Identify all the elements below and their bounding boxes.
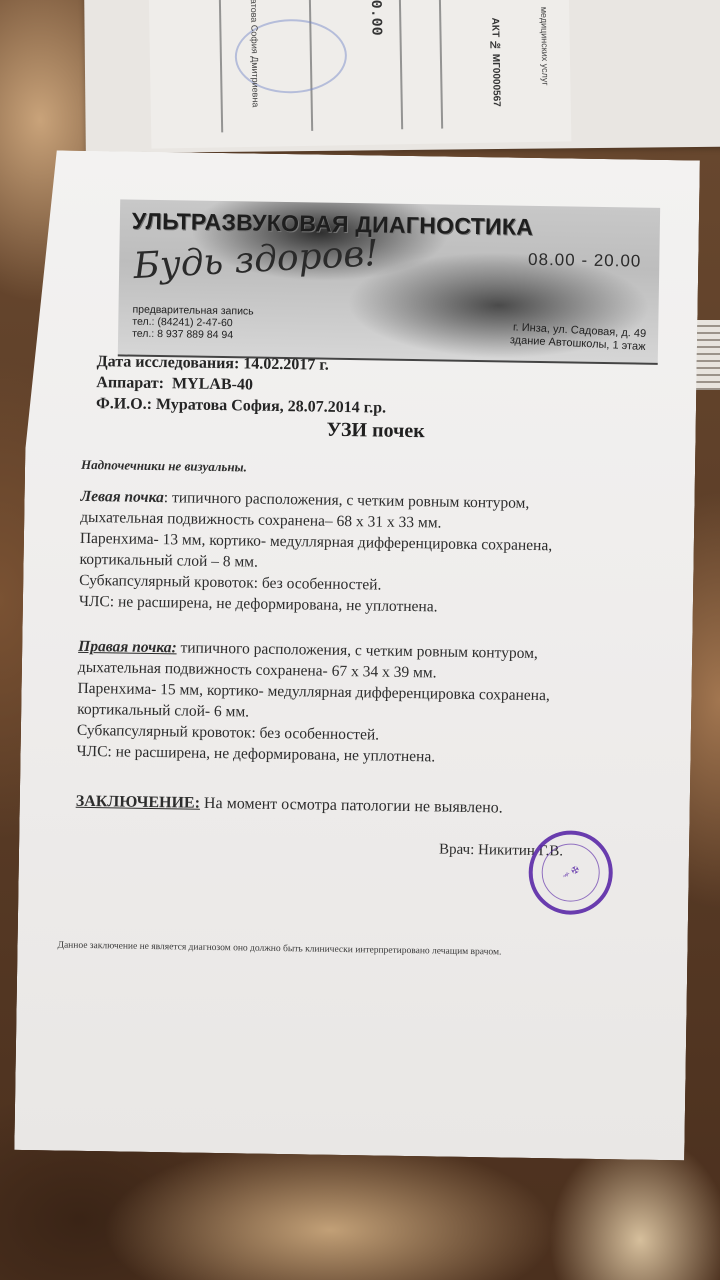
exam-device-label: Аппарат:: [96, 374, 164, 392]
receipt-rule: [219, 0, 224, 132]
disclaimer: Данное заключение не является диагнозом …: [57, 941, 657, 960]
patient-value: Муратова София, 28.07.2014 г.р.: [156, 396, 386, 417]
document-title: УЗИ почек: [255, 418, 495, 445]
receipt-fragment: медицинских услуг: [539, 7, 550, 86]
exam-date-value: 14.02.2017 г.: [243, 355, 329, 373]
receipt-paper: 030.00 Муратова София Дмитриевна медицин…: [149, 0, 572, 149]
paper-stack-edge: [695, 320, 720, 390]
receipt-rule: [399, 0, 404, 129]
receipt-fragment: Муратова София Дмитриевна: [249, 0, 261, 107]
banner-contacts: предварительная запись тел.: (84241) 2-4…: [132, 304, 254, 342]
receipt-act-number: АКТ № МГ0000567: [489, 18, 502, 107]
banner-hours: 08.00 - 20.00: [528, 250, 642, 272]
exam-date-label: Дата исследования:: [97, 353, 240, 372]
conclusion: ЗАКЛЮЧЕНИЕ: На момент осмотра патологии …: [76, 791, 636, 821]
adrenal-finding: Надпочечники не визуальны.: [81, 454, 641, 484]
receipt-amount: 030.00: [367, 0, 385, 36]
patient: Ф.И.О.: Муратова София, 28.07.2014 г.р.: [96, 393, 386, 419]
clinic-banner: УЛЬТРАЗВУКОВАЯ ДИАГНОСТИКА Будь здоров! …: [118, 199, 660, 364]
ultrasound-report-sheet: УЛЬТРАЗВУКОВАЯ ДИАГНОСТИКА Будь здоров! …: [14, 150, 700, 1160]
right-kidney-heading: Правая почка:: [78, 638, 177, 657]
contacts-phone-mobile: тел.: 8 937 889 84 94: [132, 328, 253, 342]
stamp-seal-mark: ✠⚕: [560, 864, 581, 880]
conclusion-label: ЗАКЛЮЧЕНИЕ:: [76, 793, 200, 812]
left-kidney-section: Левая почка: типичного расположения, с ч…: [79, 486, 641, 621]
right-kidney-section: Правая почка: типичного расположения, с …: [76, 636, 638, 771]
banner-title: УЛЬТРАЗВУКОВАЯ ДИАГНОСТИКА: [132, 208, 652, 243]
receipt-rule: [439, 0, 444, 129]
conclusion-text: На момент осмотра патологии не выявлено.: [200, 795, 503, 817]
doctor-stamp-icon: ✠⚕: [528, 830, 613, 915]
exam-meta: Дата исследования: 14.02.2017 г. Аппарат…: [96, 351, 387, 419]
exam-device-value: MYLAB-40: [172, 375, 253, 393]
left-kidney-heading: Левая почка: [80, 488, 164, 506]
banner-slogan: Будь здоров!: [132, 233, 379, 287]
patient-label: Ф.И.О.:: [96, 395, 152, 413]
banner-address: г. Инза, ул. Садовая, д. 49 здание Автош…: [510, 321, 647, 354]
